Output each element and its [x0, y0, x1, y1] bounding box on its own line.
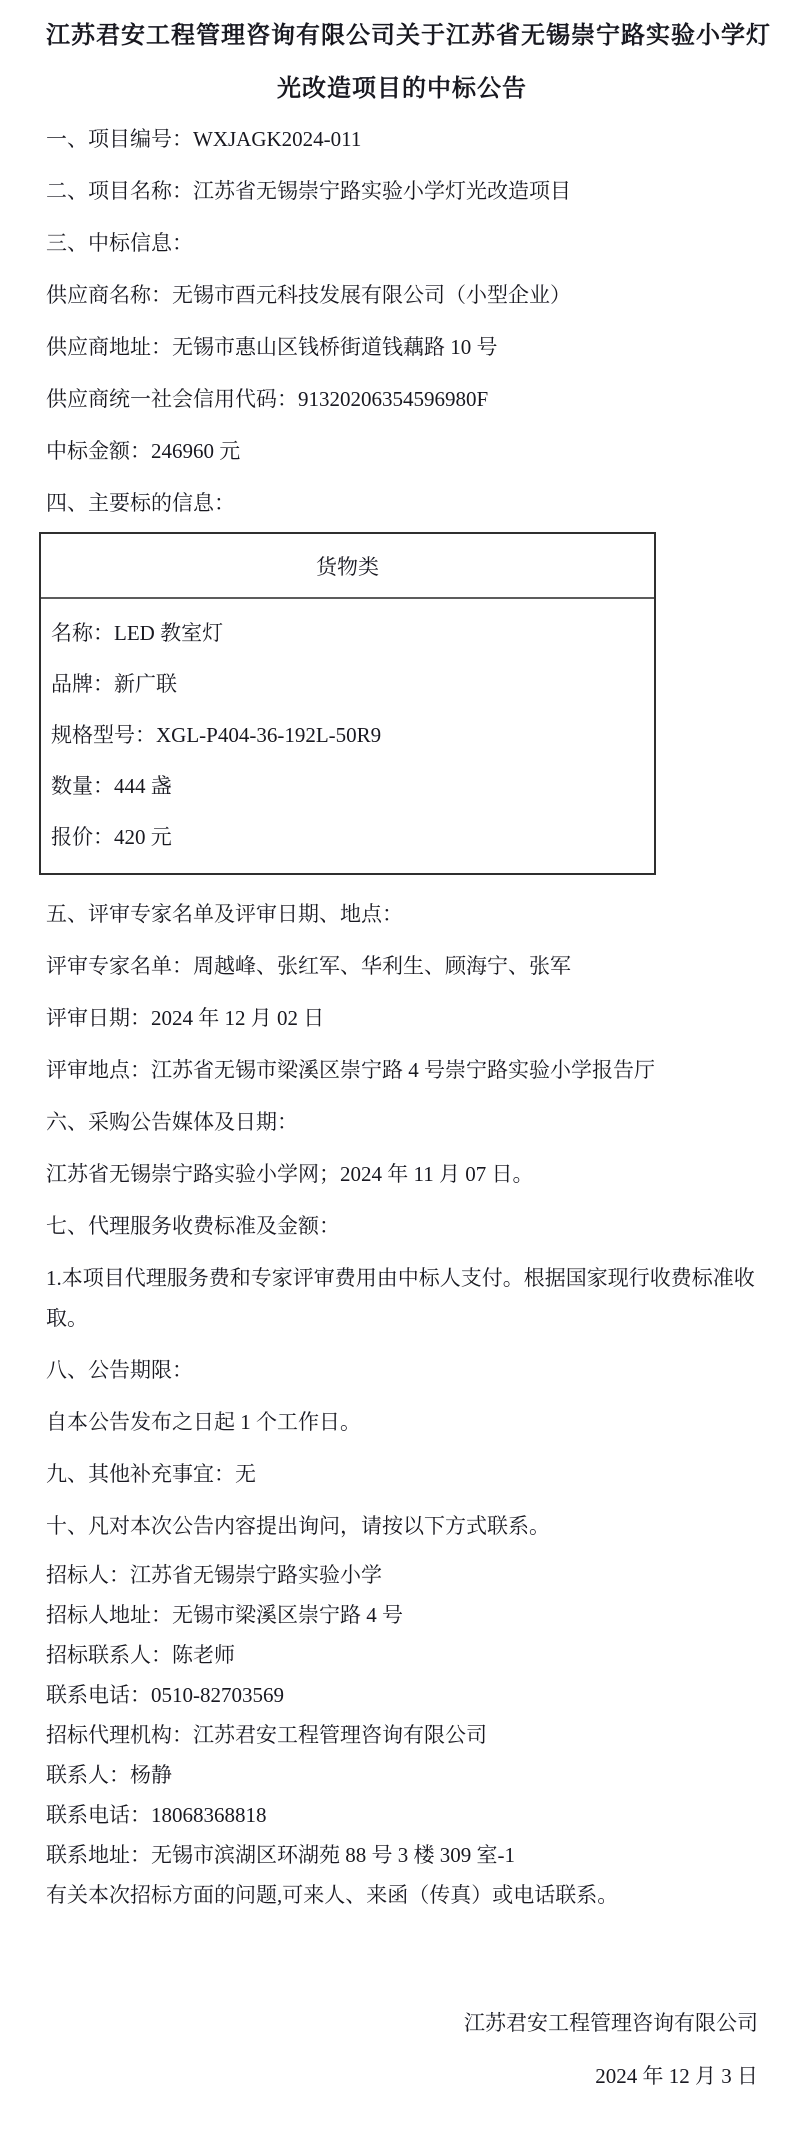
para-agency-fee-line-2: 取。: [46, 1295, 758, 1342]
announcement-document: 江苏君安工程管理咨询有限公司关于江苏省无锡崇宁路实验小学灯 光改造项目的中标公告…: [0, 0, 800, 2153]
para-review-heading: 五、评审专家名单及评审日期、地点：: [46, 891, 758, 938]
goods-table-header: 货物类: [41, 534, 654, 599]
para-review-experts: 评审专家名单：周越峰、张红军、华利生、顾海宁、张军: [46, 943, 758, 990]
para-review-location: 评审地点：江苏省无锡市梁溪区崇宁路 4 号崇宁路实验小学报告厅: [46, 1047, 758, 1094]
contact-tenderer-phone: 联系电话：0510-82703569: [46, 1675, 758, 1715]
para-review-date: 评审日期：2024 年 12 月 02 日: [46, 995, 758, 1042]
para-announcement-period: 自本公告发布之日起 1 个工作日。: [46, 1399, 758, 1446]
goods-table-body: 名称：LED 教室灯 品牌：新广联 规格型号：XGL-P404-36-192L-…: [41, 599, 654, 873]
para-announcement-media: 江苏省无锡崇宁路实验小学网；2024 年 11 月 07 日。: [46, 1151, 758, 1198]
goods-row-brand: 品牌：新广联: [51, 659, 642, 710]
para-award-info-heading: 三、中标信息：: [46, 220, 758, 267]
contact-tenderer: 招标人：江苏省无锡崇宁路实验小学: [46, 1555, 758, 1595]
para-project-number: 一、项目编号：WXJAGK2024-011: [46, 116, 758, 163]
document-title-line-2: 光改造项目的中标公告: [46, 63, 758, 116]
para-supplier-address: 供应商地址：无锡市惠山区钱桥街道钱藕路 10 号: [46, 324, 758, 371]
contact-agency-person: 联系人：杨静: [46, 1755, 758, 1795]
contact-tenderer-person: 招标联系人：陈老师: [46, 1635, 758, 1675]
contact-tenderer-address: 招标人地址：无锡市梁溪区崇宁路 4 号: [46, 1595, 758, 1635]
contact-block: 招标人：江苏省无锡崇宁路实验小学 招标人地址：无锡市梁溪区崇宁路 4 号 招标联…: [46, 1555, 758, 1915]
goods-row-model: 规格型号：XGL-P404-36-192L-50R9: [51, 710, 642, 761]
para-announcement-media-heading: 六、采购公告媒体及日期：: [46, 1099, 758, 1146]
para-supplier-credit-code: 供应商统一社会信用代码：91320206354596980F: [46, 376, 758, 423]
document-title-line-1: 江苏君安工程管理咨询有限公司关于江苏省无锡崇宁路实验小学灯: [46, 10, 758, 63]
footer-date: 2024 年 12 月 3 日: [46, 2050, 758, 2103]
para-agency-fee-line-1: 1.本项目代理服务费和专家评审费用由中标人支付。根据国家现行收费标准收: [46, 1255, 758, 1302]
para-other-matters: 九、其他补充事宜：无: [46, 1451, 758, 1498]
para-contact-instruction: 十、凡对本次公告内容提出询问，请按以下方式联系。: [46, 1503, 758, 1550]
contact-agency-phone: 联系电话：18068368818: [46, 1795, 758, 1835]
contact-agency-address: 联系地址：无锡市滨湖区环湖苑 88 号 3 楼 309 室-1: [46, 1835, 758, 1875]
para-supplier-name: 供应商名称：无锡市酉元科技发展有限公司（小型企业）: [46, 272, 758, 319]
para-award-amount: 中标金额：246960 元: [46, 428, 758, 475]
goods-row-price: 报价：420 元: [51, 812, 642, 863]
signature-block: 江苏君安工程管理咨询有限公司 2024 年 12 月 3 日: [46, 1997, 758, 2103]
para-announcement-period-heading: 八、公告期限：: [46, 1347, 758, 1394]
para-agency-fee-heading: 七、代理服务收费标准及金额：: [46, 1203, 758, 1250]
goods-row-name: 名称：LED 教室灯: [51, 608, 642, 659]
para-project-name: 二、项目名称：江苏省无锡崇宁路实验小学灯光改造项目: [46, 168, 758, 215]
footer-company: 江苏君安工程管理咨询有限公司: [46, 1997, 758, 2050]
contact-agency: 招标代理机构：江苏君安工程管理咨询有限公司: [46, 1715, 758, 1755]
contact-note: 有关本次招标方面的问题,可来人、来函（传真）或电话联系。: [46, 1875, 758, 1915]
para-subject-info-heading: 四、主要标的信息：: [46, 480, 758, 527]
goods-row-quantity: 数量：444 盏: [51, 761, 642, 812]
goods-table: 货物类 名称：LED 教室灯 品牌：新广联 规格型号：XGL-P404-36-1…: [39, 532, 656, 875]
